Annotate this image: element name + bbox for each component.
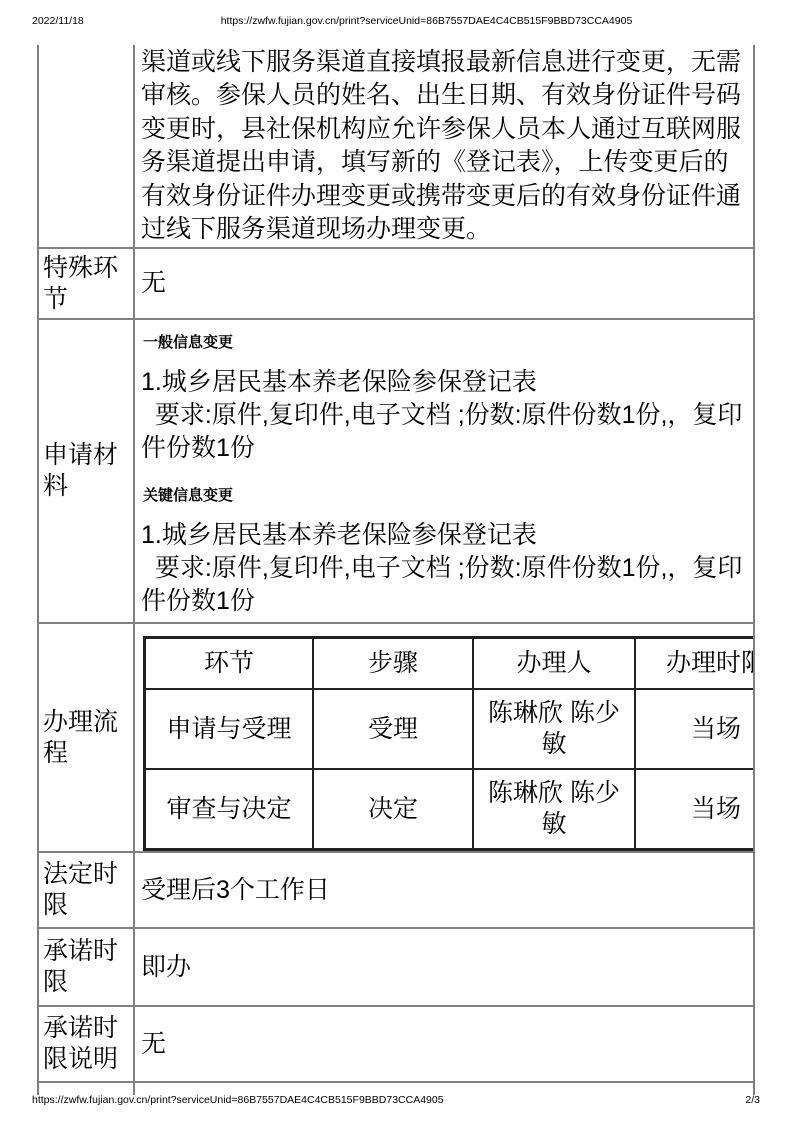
materials-item-key: 1.城乡居民基本养老保险参保登记表 <box>141 519 747 552</box>
process-cell-time: 当场 <box>635 769 754 850</box>
row-special-step: 特殊环节 无 <box>38 248 754 319</box>
process-cell-handler: 陈琳欣 陈少敏 <box>473 689 635 769</box>
process-cell-stage: 审查与决定 <box>145 769 314 850</box>
row-process: 办理流程 环节 步骤 办理人 办理时限 申请与受理 受理 陈琳欣 陈少敏 <box>38 623 754 852</box>
materials-heading-key: 关键信息变更 <box>143 487 747 505</box>
value-promise-time: 即办 <box>134 928 754 1006</box>
process-cell-handler: 陈琳欣 陈少敏 <box>473 769 635 850</box>
label-materials: 申请材料 <box>38 319 134 623</box>
row-materials: 申请材料 一般信息变更 1.城乡居民基本养老保险参保登记表 要求:原件,复印件,… <box>38 319 754 623</box>
process-cell-time: 当场 <box>635 689 754 769</box>
row-promise-time-note: 承诺时限说明 无 <box>38 1006 754 1082</box>
materials-section-general: 一般信息变更 1.城乡居民基本养老保险参保登记表 要求:原件,复印件,电子文档 … <box>141 334 747 465</box>
materials-section-key: 关键信息变更 1.城乡居民基本养老保险参保登记表 要求:原件,复印件,电子文档 … <box>141 487 747 618</box>
process-row-accept: 申请与受理 受理 陈琳欣 陈少敏 当场 <box>145 689 755 769</box>
process-cell-step: 决定 <box>313 769 473 850</box>
label-promise-time-note: 承诺时限说明 <box>38 1006 134 1082</box>
process-content: 环节 步骤 办理人 办理时限 申请与受理 受理 陈琳欣 陈少敏 当场 审 <box>134 623 754 852</box>
value-special-step: 无 <box>134 248 754 319</box>
print-footer-page-indicator: 2/3 <box>745 1094 760 1106</box>
materials-requirement-general: 要求:原件,复印件,电子文档 ;份数:原件份数1份,，复印件份数1份 <box>141 399 747 465</box>
row-legal-time: 法定时限 受理后3个工作日 <box>38 852 754 928</box>
materials-requirement-key: 要求:原件,复印件,电子文档 ;份数:原件份数1份,，复印件份数1份 <box>141 552 747 618</box>
process-header-handler: 办理人 <box>473 638 635 690</box>
label-empty <box>38 45 134 248</box>
process-header-time: 办理时限 <box>635 638 754 690</box>
label-promise-time: 承诺时限 <box>38 928 134 1006</box>
value-legal-time: 受理后3个工作日 <box>134 852 754 928</box>
print-header-date: 2022/11/18 <box>32 15 84 27</box>
process-cell-stage: 申请与受理 <box>145 689 314 769</box>
process-row-decide: 审查与决定 决定 陈琳欣 陈少敏 当场 <box>145 769 755 850</box>
process-header-row: 环节 步骤 办理人 办理时限 <box>145 638 755 690</box>
materials-item-general: 1.城乡居民基本养老保险参保登记表 <box>141 366 747 399</box>
value-promise-time-note: 无 <box>134 1006 754 1082</box>
row-continuation: 渠道或线下服务渠道直接填报最新信息进行变更，无需审核。参保人员的姓名、出生日期、… <box>38 45 754 248</box>
label-special-step: 特殊环节 <box>38 248 134 319</box>
print-footer-url: https://zwfw.fujian.gov.cn/print?service… <box>32 1094 444 1106</box>
process-table: 环节 步骤 办理人 办理时限 申请与受理 受理 陈琳欣 陈少敏 当场 审 <box>143 636 754 851</box>
label-process: 办理流程 <box>38 623 134 852</box>
process-header-step: 步骤 <box>313 638 473 690</box>
process-header-stage: 环节 <box>145 638 314 690</box>
continuation-text: 渠道或线下服务渠道直接填报最新信息进行变更，无需审核。参保人员的姓名、出生日期、… <box>134 45 754 248</box>
print-header-url: https://zwfw.fujian.gov.cn/print?service… <box>120 15 733 27</box>
process-cell-step: 受理 <box>313 689 473 769</box>
row-promise-time: 承诺时限 即办 <box>38 928 754 1006</box>
service-detail-table: 渠道或线下服务渠道直接填报最新信息进行变更，无需审核。参保人员的姓名、出生日期、… <box>37 45 755 1095</box>
materials-content: 一般信息变更 1.城乡居民基本养老保险参保登记表 要求:原件,复印件,电子文档 … <box>134 319 754 623</box>
label-legal-time: 法定时限 <box>38 852 134 928</box>
materials-heading-general: 一般信息变更 <box>143 334 747 352</box>
